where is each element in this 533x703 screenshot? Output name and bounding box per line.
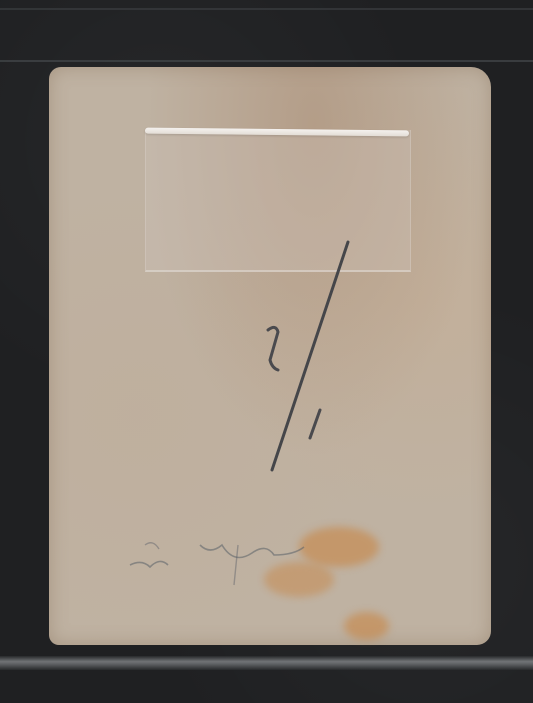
pencil-notation — [0, 0, 533, 703]
